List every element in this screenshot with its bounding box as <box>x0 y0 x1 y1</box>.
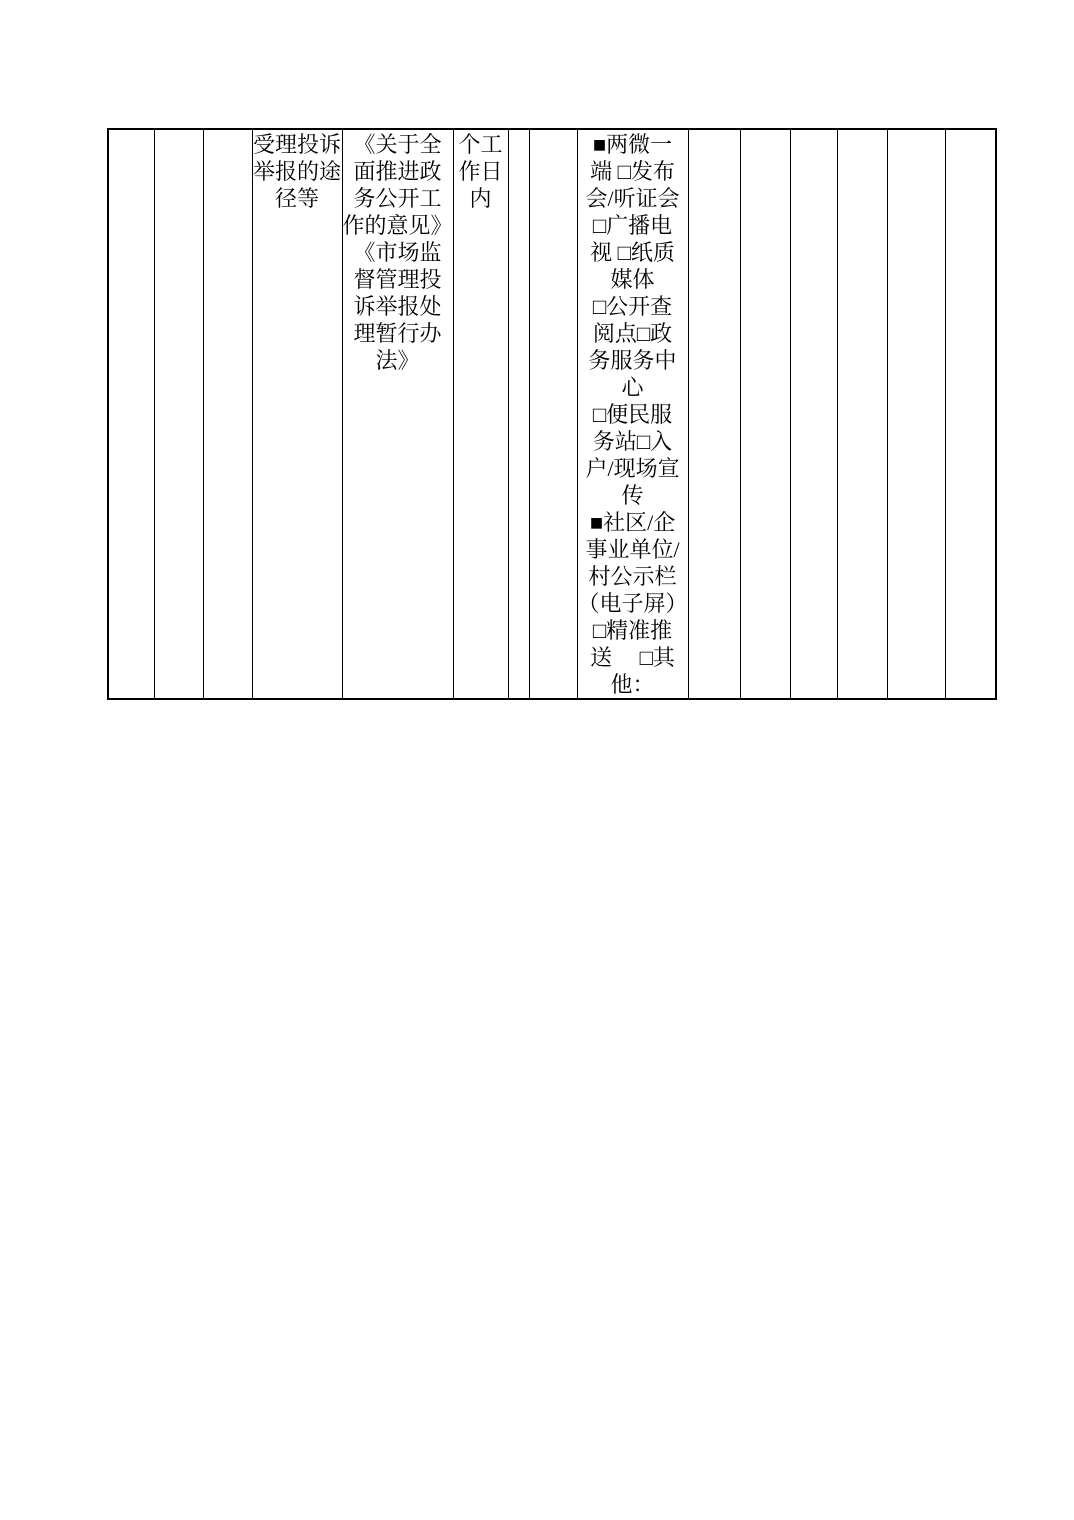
text-line: 户/现场宣 <box>578 455 688 482</box>
text-line: （电子屏） <box>578 590 688 617</box>
text-line: 务公开工 <box>343 185 453 212</box>
text-line: □便民服 <box>578 401 688 428</box>
text-line: 作的意见》 <box>343 212 453 239</box>
text-line: 视 □纸质 <box>578 239 688 266</box>
cell-empty-2 <box>154 129 203 699</box>
cell-disclosure-channel-checkboxes: ■两微一端 □发布会/听证会□广播电视 □纸质媒体□公开查阅点□政务服务中心□便… <box>577 129 688 699</box>
text-line: □公开查 <box>578 293 688 320</box>
cell-policy-basis: 《关于全面推进政务公开工作的意见》《市场监督管理投诉举报处理暂行办法》 <box>342 129 453 699</box>
text-line: 端 □发布 <box>578 158 688 185</box>
cell-empty-7 <box>740 129 790 699</box>
cell-empty-6 <box>688 129 740 699</box>
cell-empty-11 <box>945 129 996 699</box>
text-line: 理暂行办 <box>343 320 453 347</box>
cell-empty-8 <box>790 129 837 699</box>
text-line: 会/听证会 <box>578 185 688 212</box>
text-line: 受理投诉 <box>253 131 342 158</box>
text-line: 媒体 <box>578 266 688 293</box>
text-line: ■两微一 <box>578 131 688 158</box>
cell-complaint-report-channels: 受理投诉举报的途径等 <box>252 129 342 699</box>
text-line: 《市场监 <box>343 239 453 266</box>
text-line: 径等 <box>253 185 342 212</box>
text-line: 督管理投 <box>343 266 453 293</box>
cell-empty-3 <box>203 129 252 699</box>
cell-empty-9 <box>837 129 887 699</box>
cell-empty-5 <box>529 129 577 699</box>
text-line: 传 <box>578 482 688 509</box>
text-line: 务站□入 <box>578 428 688 455</box>
document-page: 受理投诉举报的途径等 《关于全面推进政务公开工作的意见》《市场监督管理投诉举报处… <box>0 0 1074 1520</box>
cell-empty-1 <box>108 129 154 699</box>
table-row: 受理投诉举报的途径等 《关于全面推进政务公开工作的意见》《市场监督管理投诉举报处… <box>108 129 996 699</box>
text-line: 《关于全 <box>343 131 453 158</box>
text-line: 面推进政 <box>343 158 453 185</box>
text-line: □精准推 <box>578 617 688 644</box>
text-line: 内 <box>454 185 508 212</box>
text-line: ■社区/企 <box>578 509 688 536</box>
text-line: 他： <box>578 671 688 698</box>
text-line: 阅点□政 <box>578 320 688 347</box>
text-line: 村公示栏 <box>578 563 688 590</box>
text-line: 作日 <box>454 158 508 185</box>
text-line: 心 <box>578 374 688 401</box>
cell-empty-4 <box>508 129 529 699</box>
text-line: 送 □其 <box>578 644 688 671</box>
text-line: 务服务中 <box>578 347 688 374</box>
text-line: 诉举报处 <box>343 293 453 320</box>
text-line: 法》 <box>343 347 453 374</box>
text-line: □广播电 <box>578 212 688 239</box>
text-line: 事业单位/ <box>578 536 688 563</box>
text-line: 举报的途 <box>253 158 342 185</box>
cell-time-limit: 个工作日内 <box>453 129 508 699</box>
disclosure-table: 受理投诉举报的途径等 《关于全面推进政务公开工作的意见》《市场监督管理投诉举报处… <box>107 128 997 700</box>
cell-empty-10 <box>887 129 945 699</box>
text-line: 个工 <box>454 131 508 158</box>
